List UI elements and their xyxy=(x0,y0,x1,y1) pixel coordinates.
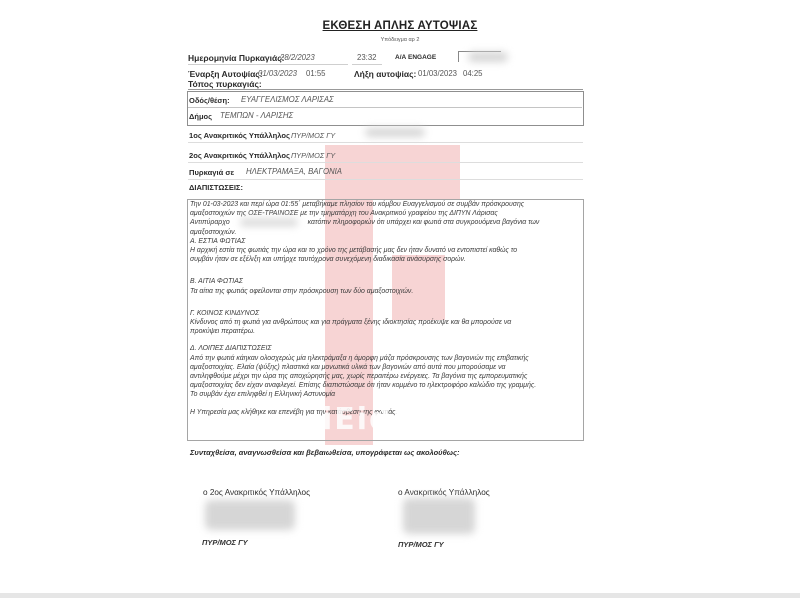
location-label: Τόπος πυρκαγιάς: xyxy=(188,79,262,89)
second-officer-rank: ΠΥΡ/ΜΟΣ ΓΥ xyxy=(291,151,335,160)
watermark-text: iEidiseis xyxy=(322,402,479,437)
engage-redacted-value xyxy=(468,52,508,62)
section-d-line-5: Το συμβάν έχει επιληφθεί η Ελληνική Αστυ… xyxy=(190,390,580,399)
section-b-line-1: Τα αίτια της φωτιάς οφείλονται στην πρόσ… xyxy=(190,287,580,296)
fire-date-label: Ημερομηνία Πυρκαγιάς: xyxy=(188,53,284,63)
right-signatory-title: ο Ανακριτικός Υπάλληλος xyxy=(398,488,490,497)
section-d-heading: Δ. ΛΟΙΠΕΣ ΔΙΑΠΙΣΤΩΣΕΙΣ xyxy=(190,344,580,353)
section-c-line-1: Κίνδυνος από τη φωτιά για ανθρώπους και … xyxy=(190,318,580,327)
section-c-heading: Γ. ΚΟΙΝΟΣ ΚΙΝΔΥΝΟΣ xyxy=(190,309,580,318)
watermark-logo-top-bar xyxy=(373,145,460,200)
fire-in-value: ΗΛΕΚΤΡΑΜΑΞΑ, ΒΑΓΟΝΙΑ xyxy=(246,167,342,176)
municipality-value: ΤΕΜΠΩΝ - ΛΑΡΙΣΗΣ xyxy=(220,111,293,120)
findings-content: Την 01-03-2023 και περί ώρα 01:55΄ μεταβ… xyxy=(190,200,580,417)
location-underline xyxy=(188,89,583,90)
document-subtitle: Υπόδειγμα αρ 2 xyxy=(0,37,800,43)
intro-line-3-wrap: Αντιπύραρχο κατόπιν πληροφοριών ότι υπάρ… xyxy=(190,218,580,227)
location-box-divider xyxy=(188,107,582,108)
inspection-end-time: 04:25 xyxy=(463,69,483,78)
first-officer-rank: ΠΥΡ/ΜΟΣ ΓΥ xyxy=(291,131,335,140)
engage-label: Α/Α ENGAGE xyxy=(395,54,436,61)
fire-in-label: Πυρκαγιά σε xyxy=(189,168,234,177)
intro-line-1: Την 01-03-2023 και περί ώρα 01:55΄ μεταβ… xyxy=(190,200,580,209)
left-signatory-rank: ΠΥΡ/ΜΟΣ ΓΥ xyxy=(202,538,248,547)
section-a-line-2: συμβάν ήταν σε εξέλιξη και υπήρχε ταυτόχ… xyxy=(190,255,580,264)
fire-date-underline xyxy=(188,64,348,65)
street-value: ΕΥΑΓΓΕΛΙΣΜΟΣ ΛΑΡΙΣΑΣ xyxy=(241,95,334,104)
redacted-officer-name xyxy=(240,219,298,226)
left-signature-redacted xyxy=(205,500,295,530)
section-d-line-1: Από την φωτιά κάηκαν ολοσχερώς μία ηλεκτ… xyxy=(190,354,580,363)
street-label: Οδός/θέση: xyxy=(189,96,230,105)
inspection-start-time: 01:55 xyxy=(306,69,326,78)
spacer xyxy=(190,336,580,344)
fire-time-underline xyxy=(352,64,382,65)
document-page: ΕΚΘΕΣΗ ΑΠΛΗΣ ΑΥΤΟΨΙΑΣ Υπόδειγμα αρ 2 Ημε… xyxy=(0,0,800,598)
right-signature-redacted xyxy=(403,498,475,534)
section-c-line-2: προκύψει περαιτέρω. xyxy=(190,327,580,336)
fire-time-value: 23:32 xyxy=(357,53,377,62)
section-d-line-3: αντιληφθούμε μέχρι την ώρα της αποχώρησή… xyxy=(190,372,580,381)
second-officer-line xyxy=(188,162,583,163)
intro-line-3b: κατόπιν πληροφοριών ότι υπάρχει και φωτι… xyxy=(308,219,540,226)
inspection-end-label: Λήξη αυτοψίας: xyxy=(354,69,416,79)
fire-in-line xyxy=(188,179,583,180)
second-officer-label: 2ος Ανακριτικός Υπάλληλος xyxy=(189,151,290,160)
document-title: ΕΚΘΕΣΗ ΑΠΛΗΣ ΑΥΤΟΨΙΑΣ xyxy=(0,20,800,32)
intro-line-4: αμαξοστοιχιών. xyxy=(190,228,580,237)
inspection-start-label: Έναρξη Αυτοψίας: xyxy=(188,69,263,79)
first-officer-line xyxy=(188,142,583,143)
inspection-start-date: 01/03/2023 xyxy=(258,69,297,78)
intro-line-2: αμαξοστοιχιών της ΟΣΕ-ΤΡΑΙΝΟΣΕ με την τμ… xyxy=(190,209,580,218)
municipality-label: Δήμος xyxy=(189,112,212,121)
left-signatory-title: ο 2ος Ανακριτικός Υπάλληλος xyxy=(203,488,310,497)
inspection-end-date: 01/03/2023 xyxy=(418,69,457,78)
spacer xyxy=(190,264,580,277)
page-bottom-edge xyxy=(0,593,800,598)
fire-date-value: 28/2/2023 xyxy=(280,53,315,62)
section-d-line-2: αμαξοστοιχίας. Ελαία (ψύξης) πλαστικά κα… xyxy=(190,363,580,372)
first-officer-redacted-name xyxy=(365,128,425,137)
first-officer-label: 1ος Ανακριτικός Υπάλληλος xyxy=(189,131,290,140)
findings-heading: ΔΙΑΠΙΣΤΩΣΕΙΣ: xyxy=(189,183,243,192)
intro-line-3a: Αντιπύραρχο xyxy=(190,219,230,226)
spacer xyxy=(190,296,580,309)
signature-statement: Συνταχθείσα, αναγνωσθείσα και βεβαιωθείσ… xyxy=(190,448,460,457)
section-a-heading: Α. ΕΣΤΙΑ ΦΩΤΙΑΣ xyxy=(190,237,580,246)
section-d-line-4: αμαξοστοιχίας δεν είχαν αναφλεγεί. Επίση… xyxy=(190,381,580,390)
right-signatory-rank: ΠΥΡ/ΜΟΣ ΓΥ xyxy=(398,540,444,549)
section-b-heading: Β. ΑΙΤΙΑ ΦΩΤΙΑΣ xyxy=(190,277,580,286)
section-a-line-1: Η αρχική εστία της φωτιάς την ώρα και το… xyxy=(190,246,580,255)
